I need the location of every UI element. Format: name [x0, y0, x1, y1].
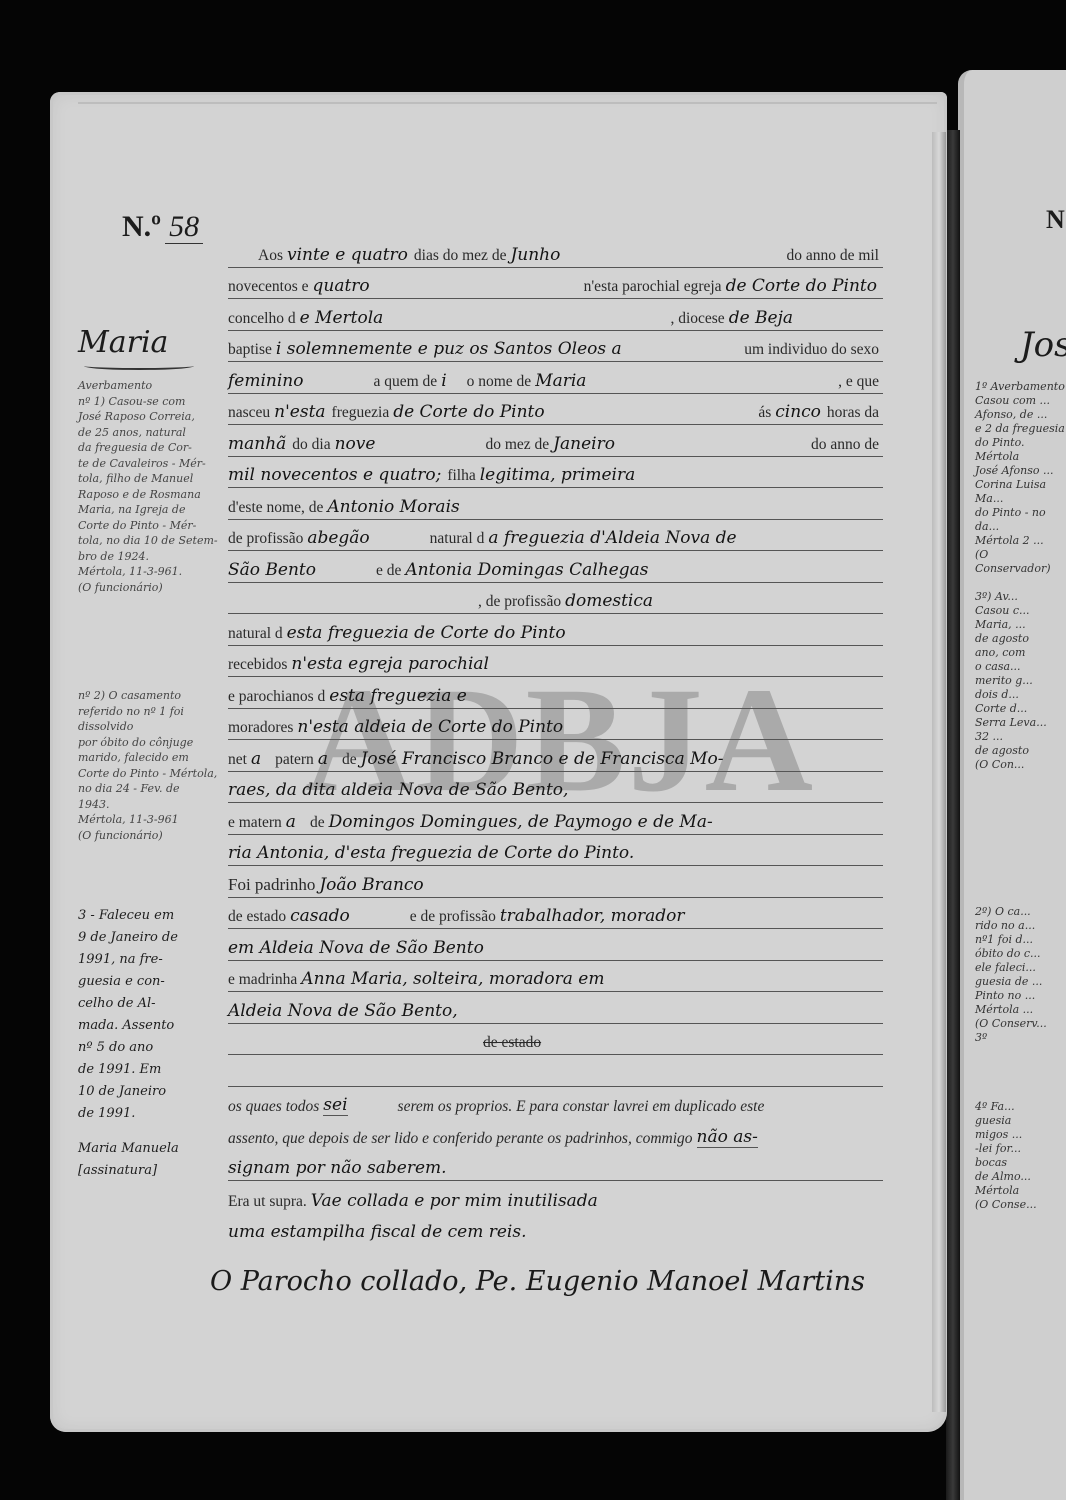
printed-text: moradores: [228, 719, 293, 737]
next-page-note-1: 1º Averbamento Casou com ... Afonso, de …: [975, 380, 1066, 576]
printed-text: Aos: [258, 247, 283, 265]
printed-text: n'esta parochial egreja: [584, 278, 722, 296]
handwritten-text: a: [286, 812, 296, 832]
handwritten-mother-origin: esta freguezia de Corte do Pinto: [287, 623, 566, 643]
record-line-15: e parochianos desta freguezia e: [228, 677, 883, 709]
margin-column-3: 3 - Faleceu em 9 de Janeiro de 1991, na …: [78, 905, 233, 1125]
printed-text: natural d: [228, 625, 283, 643]
printed-text: filha: [447, 467, 475, 485]
record-line-25: Aldeia Nova de São Bento,: [228, 992, 883, 1024]
handwritten-church: de Corte do Pinto: [726, 276, 877, 296]
record-line-19: e maternadeDomingos Domingues, de Paymog…: [228, 803, 883, 835]
margin-column: Maria Averbamento nº 1) Casou-se com Jos…: [78, 325, 233, 595]
record-line-6: nasceun'estafregueziade Corte do Pintoás…: [228, 394, 883, 426]
handwritten-father-origin: a freguezia d'Aldeia Nova de: [488, 528, 736, 548]
printed-text: freguezia: [332, 404, 390, 422]
printed-text: do anno de mil: [786, 247, 879, 265]
record-line-13: natural desta freguezia de Corte do Pint…: [228, 614, 883, 646]
handwritten-text: esta freguezia e: [329, 686, 467, 706]
handwritten-text: n'esta: [274, 402, 325, 422]
printed-text-struck: de estado: [483, 1034, 541, 1052]
record-number-label: N.º: [122, 210, 161, 243]
record-line-24: e madrinhaAnna Maria, solteira, moradora…: [228, 961, 883, 993]
record-line-26: de estado: [228, 1024, 883, 1056]
handwritten-text: manhã: [228, 434, 286, 454]
printed-text: a quem de: [373, 373, 437, 391]
printed-text: horas da: [827, 404, 879, 422]
handwritten-godfather-profession: trabalhador, morador: [500, 906, 685, 926]
margin-note-3: 3 - Faleceu em 9 de Janeiro de 1991, na …: [78, 905, 233, 1125]
next-page-note-3: 2º) O ca... rido no a... nº1 foi d... ób…: [975, 905, 1047, 1045]
page-edge: [932, 132, 946, 1412]
next-page-note-4: 4º Fa... guesia migos ... -lei for... bo…: [975, 1100, 1037, 1212]
margin-child-name: Maria: [78, 325, 233, 360]
printed-text: de: [342, 751, 357, 769]
printed-text: assento, que depois de ser lido e confer…: [228, 1130, 693, 1148]
margin-underline: [84, 362, 194, 370]
handwritten-day: vinte e quatro: [287, 245, 408, 265]
record-line-4: baptisei solemnemente e puz os Santos Ol…: [228, 331, 883, 363]
record-line-10: de profissãoabegãonatural da freguezia d…: [228, 520, 883, 552]
handwritten-child-name: Maria: [535, 371, 586, 391]
handwritten-baptism: i solemnemente e puz os Santos Oleos a: [276, 339, 622, 359]
printed-text: um individuo do sexo: [744, 341, 879, 359]
record-line-31: Era ut supra.Vae collada e por mim inuti…: [228, 1181, 883, 1213]
handwritten-text: a: [318, 749, 328, 769]
margin-column-4: Maria Manuela [assinatura]: [78, 1138, 233, 1182]
handwritten-maternal-grandparents-cont: ria Antonia, d'esta freguezia de Corte d…: [228, 843, 634, 863]
handwritten-legitimacy: legitima, primeira: [480, 465, 635, 485]
next-page-note-2: 3º) Av... Casou c... Maria, ... de agost…: [975, 590, 1047, 772]
handwritten-year: quatro: [312, 276, 369, 296]
record-line-22: de estadocasadoe de profissãotrabalhador…: [228, 898, 883, 930]
book-spine: [946, 130, 960, 1500]
handwritten-birth-year: mil novecentos e quatro;: [228, 465, 441, 485]
next-page-record-number-label: N: [1046, 205, 1065, 235]
printed-text: net: [228, 751, 247, 769]
printed-text: e de profissão: [410, 908, 496, 926]
record-line-2: novecentos equatron'esta parochial egrej…: [228, 268, 883, 300]
margin-note-2: nº 2) O casamento referido no nº 1 foi d…: [78, 688, 233, 843]
priest-signature: O Parocho collado, Pe. Eugenio Manoel Ma…: [210, 1266, 910, 1297]
handwritten-stamp-note-cont: uma estampilha fiscal de cem reis.: [228, 1222, 527, 1242]
printed-text: e parochianos d: [228, 688, 325, 706]
printed-text: do dia: [292, 436, 330, 454]
printed-text: e de: [376, 562, 401, 580]
handwritten-month: Junho: [510, 245, 560, 265]
handwritten-birth-day: nove: [335, 434, 376, 454]
record-line-17: netapaternadeJosé Francisco Branco e de …: [228, 740, 883, 772]
next-page-margin-name: José: [1020, 325, 1066, 365]
handwritten-godfather: João Branco: [319, 875, 423, 895]
printed-text: os quaes todos: [228, 1098, 319, 1116]
printed-text: d'este nome, de: [228, 499, 323, 517]
baptism-record-body: Aosvinte e quatrodias do mez deJunhodo a…: [228, 236, 883, 1244]
printed-text: do anno de: [811, 436, 879, 454]
handwritten-text: São Bento: [228, 560, 316, 580]
margin-column-2: nº 2) O casamento referido no nº 1 foi d…: [78, 688, 233, 843]
printed-text: e madrinha: [228, 971, 297, 989]
record-line-23: em Aldeia Nova de São Bento: [228, 929, 883, 961]
printed-text: baptise: [228, 341, 272, 359]
record-number: N.º58: [122, 210, 203, 244]
handwritten-text: a: [251, 749, 261, 769]
record-line-8: mil novecentos e quatro;filhalegitima, p…: [228, 457, 883, 489]
record-line-9: d'este nome, deAntonio Morais: [228, 488, 883, 520]
margin-note-1: Averbamento nº 1) Casou-se com José Rapo…: [78, 378, 233, 595]
handwritten-text: sei: [323, 1095, 347, 1116]
record-line-7: manhãdo dianovedo mez deJaneirodo anno d…: [228, 425, 883, 457]
handwritten-municipality: e Mertola: [300, 308, 384, 328]
record-line-28: os quaes todosseiserem os proprios. E pa…: [228, 1087, 883, 1119]
next-page: [958, 70, 1066, 1500]
record-line-32: uma estampilha fiscal de cem reis.: [228, 1213, 883, 1245]
printed-text: o nome de: [467, 373, 532, 391]
handwritten-godfather-residence: em Aldeia Nova de São Bento: [228, 938, 484, 958]
printed-text: , diocese: [670, 310, 724, 328]
printed-text: nasceu: [228, 404, 270, 422]
handwritten-father: Antonio Morais: [327, 497, 459, 517]
record-line-21: Foi padrinhoJoão Branco: [228, 866, 883, 898]
printed-text: concelho d: [228, 310, 296, 328]
record-line-3: concelho de Mertola, diocesede Beja: [228, 299, 883, 331]
handwritten-godmother: Anna Maria, solteira, moradora em: [301, 969, 604, 989]
printed-text: de: [310, 814, 325, 832]
record-line-14: recebidosn'esta egreja parochial: [228, 646, 883, 678]
handwritten-text: n'esta egreja parochial: [291, 654, 489, 674]
record-line-16: moradoresn'esta aldeia de Corte do Pinto: [228, 709, 883, 741]
printed-text: de estado: [228, 908, 286, 926]
handwritten-father-profession: abegão: [307, 528, 369, 548]
record-line-27: [228, 1055, 883, 1087]
record-line-18: raes, da dita aldeia Nova de São Bento,: [228, 772, 883, 804]
handwritten-sex: feminino: [228, 371, 303, 391]
printed-text: e matern: [228, 814, 282, 832]
record-line-11: São Bentoe deAntonia Domingas Calhegas: [228, 551, 883, 583]
record-line-12: , de profissãodomestica: [228, 583, 883, 615]
handwritten-text: i: [441, 371, 446, 391]
printed-text: Era ut supra.: [228, 1193, 307, 1211]
printed-text: dias do mez de: [414, 247, 507, 265]
handwritten-paternal-grandparents: José Francisco Branco e de Francisca Mo-: [361, 749, 724, 769]
record-line-5: femininoa quem deio nome deMaria, e que: [228, 362, 883, 394]
record-line-20: ria Antonia, d'esta freguezia de Corte d…: [228, 835, 883, 867]
handwritten-birth-month: Janeiro: [553, 434, 615, 454]
handwritten-godmother-residence: Aldeia Nova de São Bento,: [228, 1001, 458, 1021]
record-line-30: signam por não saberem.: [228, 1150, 883, 1182]
printed-text: novecentos e: [228, 278, 308, 296]
handwritten-paternal-grandparents-cont: raes, da dita aldeia Nova de São Bento,: [228, 780, 568, 800]
printed-text: patern: [275, 751, 314, 769]
handwritten-birth-hour: cinco: [775, 402, 821, 422]
printed-text: do mez de: [485, 436, 549, 454]
handwritten-maternal-grandparents: Domingos Domingues, de Paymogo e de Ma-: [329, 812, 713, 832]
record-line-29: assento, que depois de ser lido e confer…: [228, 1118, 883, 1150]
handwritten-mother: Antonia Domingas Calhegas: [405, 560, 648, 580]
handwritten-birthplace: de Corte do Pinto: [393, 402, 544, 422]
handwritten-diocese: de Beja: [729, 308, 793, 328]
printed-text: ás: [758, 404, 771, 422]
printed-text: Foi padrinho: [228, 875, 315, 895]
handwritten-godfather-status: casado: [290, 906, 350, 926]
handwritten-mother-profession: domestica: [565, 591, 653, 611]
record-line-1: Aosvinte e quatrodias do mez deJunhodo a…: [228, 236, 883, 268]
handwritten-residence: n'esta aldeia de Corte do Pinto: [297, 717, 563, 737]
handwritten-text: signam por não saberem.: [228, 1158, 447, 1178]
record-number-value: 58: [165, 210, 203, 244]
handwritten-text: não as-: [697, 1127, 758, 1148]
printed-text: recebidos: [228, 656, 287, 674]
margin-note-4: Maria Manuela [assinatura]: [78, 1138, 233, 1182]
printed-text: , e que: [838, 373, 879, 391]
printed-text: , de profissão: [478, 593, 561, 611]
printed-text: serem os proprios. E para constar lavrei…: [398, 1098, 765, 1116]
printed-text: natural d: [430, 530, 485, 548]
handwritten-stamp-note: Vae collada e por mim inutilisada: [311, 1191, 598, 1211]
printed-text: de profissão: [228, 530, 303, 548]
